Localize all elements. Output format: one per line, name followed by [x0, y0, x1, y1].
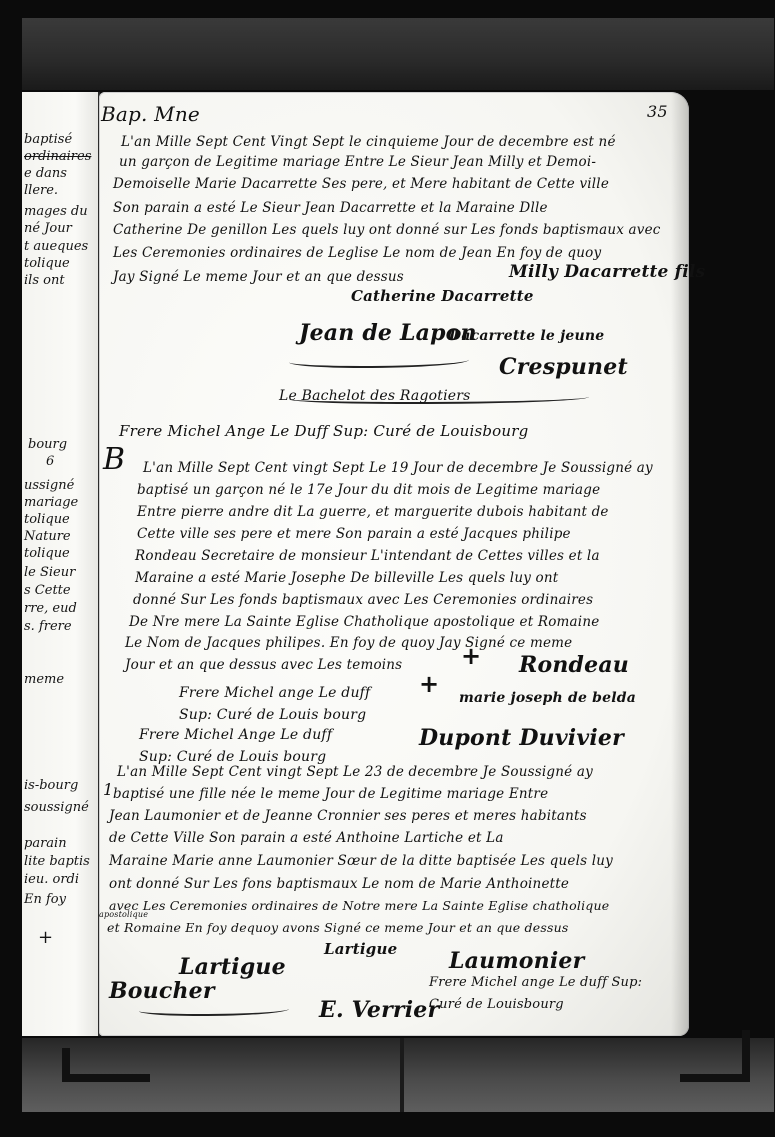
entry-1-line: L'an Mille Sept Cent Vingt Sept le cinqu… — [121, 134, 616, 150]
signature: Frere Michel Ange Le Duff Sup: Curé de L… — [119, 422, 528, 440]
entry-1-line: Son parain a esté Le Sieur Jean Dacarret… — [113, 200, 548, 216]
entry-2-line: donné Sur Les fonds baptismaux avec Les … — [133, 592, 593, 608]
entry-2-line: L'an Mille Sept Cent vingt Sept Le 19 Jo… — [143, 460, 653, 476]
facing-fragment: s Cette — [24, 583, 71, 598]
page-number: 35 — [647, 102, 668, 121]
entry-1-line: un garçon de Legitime mariage Entre Le S… — [119, 154, 596, 170]
facing-fragment: lite baptis — [24, 854, 90, 869]
margin-note-entry-2: B — [103, 442, 125, 477]
facing-fragment: t aueques — [24, 239, 88, 254]
register-page: 35 Bap. Mne L'an Mille Sept Cent Vingt S… — [99, 92, 689, 1036]
signature: E. Verrier — [319, 997, 439, 1023]
facing-fragment: ordinaires — [24, 149, 91, 164]
signature: Boucher — [109, 978, 215, 1004]
facing-fragment: rre, eud — [24, 601, 77, 616]
facing-fragment: baptisé — [24, 132, 72, 147]
entry-3-line: avec Les Ceremonies ordinaires de Notre … — [109, 898, 609, 913]
facing-fragment: parain — [24, 836, 67, 851]
signature: Dupont Duvivier — [419, 725, 624, 751]
film-clip-left — [62, 1048, 150, 1082]
entry-1-line: Demoiselle Marie Dacarrette Ses pere, et… — [113, 176, 609, 192]
entry-2-line: Rondeau Secretaire de monsieur L'intenda… — [135, 548, 600, 564]
witness-cross-mark: + — [461, 642, 481, 670]
facing-fragment: Nature — [24, 529, 71, 544]
signature: Dacarrette le jeune — [449, 328, 604, 344]
signature: Milly Dacarrette fils — [509, 262, 705, 282]
entry-1-line: Les Ceremonies ordinaires de Leglise Le … — [113, 245, 601, 261]
facing-fragment: mages du — [24, 204, 88, 219]
facing-cross: + — [38, 927, 53, 948]
entry-3-line: L'an Mille Sept Cent vingt Sept Le 23 de… — [117, 764, 593, 780]
entry-3-line: et Romaine En foy dequoy avons Signé ce … — [107, 920, 568, 935]
entry-1-line: Jay Signé Le meme Jour et an que dessus — [113, 269, 404, 285]
entry-3-line: baptisé une fille née le meme Jour de Le… — [113, 786, 548, 802]
entry-2-line: Entre pierre andre dit La guerre, et mar… — [137, 504, 609, 520]
microfilm-top-border — [22, 18, 774, 90]
facing-fragment: meme — [24, 672, 64, 687]
margin-note-entry-1: Bap. Mne — [101, 102, 200, 126]
film-clip-right — [680, 1030, 750, 1082]
facing-page-strip: baptisé ordinaires e dans llere. mages d… — [22, 92, 100, 1036]
facing-fragment: 6 — [46, 454, 54, 469]
facing-fragment: mariage — [24, 495, 78, 510]
entry-2-line: baptisé un garçon né le 17e Jour du dit … — [137, 482, 600, 498]
signature: Lartigue — [179, 954, 286, 980]
facing-fragment: bourg — [28, 437, 67, 452]
entry-3-line: Jean Laumonier et de Jeanne Cronnier ses… — [109, 808, 587, 824]
signature: Frere Michel Ange Le duff Sup: Curé de L… — [139, 724, 359, 768]
entry-3-line: ont donné Sur Les fons baptismaux Le nom… — [109, 876, 569, 892]
facing-fragment: tolique — [24, 546, 70, 561]
entry-2-line: Jour et an que dessus avec Les temoins — [125, 657, 402, 673]
facing-fragment: ussigné — [24, 478, 74, 493]
margin-note-entry-3: 1 — [103, 780, 113, 799]
entry-2-line: Le Nom de Jacques philipes. En foy de qu… — [125, 635, 572, 651]
signature: Crespunet — [499, 354, 628, 380]
entry-2-line: Cette ville ses pere et mere Son parain … — [137, 526, 571, 542]
signature: marie joseph de belda — [459, 690, 636, 706]
facing-fragment: En foy — [24, 892, 66, 907]
facing-fragment: tolique — [24, 512, 70, 527]
entry-3-margin-insert: apostolique — [99, 910, 148, 919]
facing-fragment: s. frere — [24, 619, 72, 634]
entry-2-line: De Nre mere La Sainte Eglise Chatholique… — [129, 614, 599, 630]
entry-2-line: Maraine a esté Marie Josephe De billevil… — [135, 570, 558, 586]
witness-cross-mark: + — [419, 670, 439, 698]
signature: Rondeau — [519, 652, 629, 678]
signature: Frere Michel ange Le duff Sup: Curé de L… — [179, 682, 399, 726]
facing-fragment: e dans — [24, 166, 67, 181]
signature: Frere Michel ange Le duff Sup: Curé de L… — [429, 972, 679, 1016]
facing-fragment: soussigné — [24, 800, 89, 815]
facing-fragment: né Jour — [24, 221, 72, 236]
signature: Laumonier — [449, 948, 584, 974]
entry-3-line: Maraine Marie anne Laumonier Sœur de la … — [109, 853, 613, 869]
entry-1-line: Catherine De genillon Les quels luy ont … — [113, 222, 661, 238]
facing-fragment: ils ont — [24, 273, 65, 288]
signature: Catherine Dacarrette — [351, 287, 534, 305]
facing-fragment: tolique — [24, 256, 70, 271]
signature: Lartigue — [324, 940, 397, 958]
facing-fragment: is-bourg — [24, 778, 78, 793]
signature: Le Bachelot des Ragotiers — [279, 388, 471, 404]
facing-fragment: llere. — [24, 183, 58, 198]
facing-fragment: le Sieur — [24, 565, 75, 580]
facing-fragment: ieu. ordi — [24, 872, 79, 887]
entry-3-line: de Cette Ville Son parain a esté Anthoin… — [109, 830, 504, 846]
